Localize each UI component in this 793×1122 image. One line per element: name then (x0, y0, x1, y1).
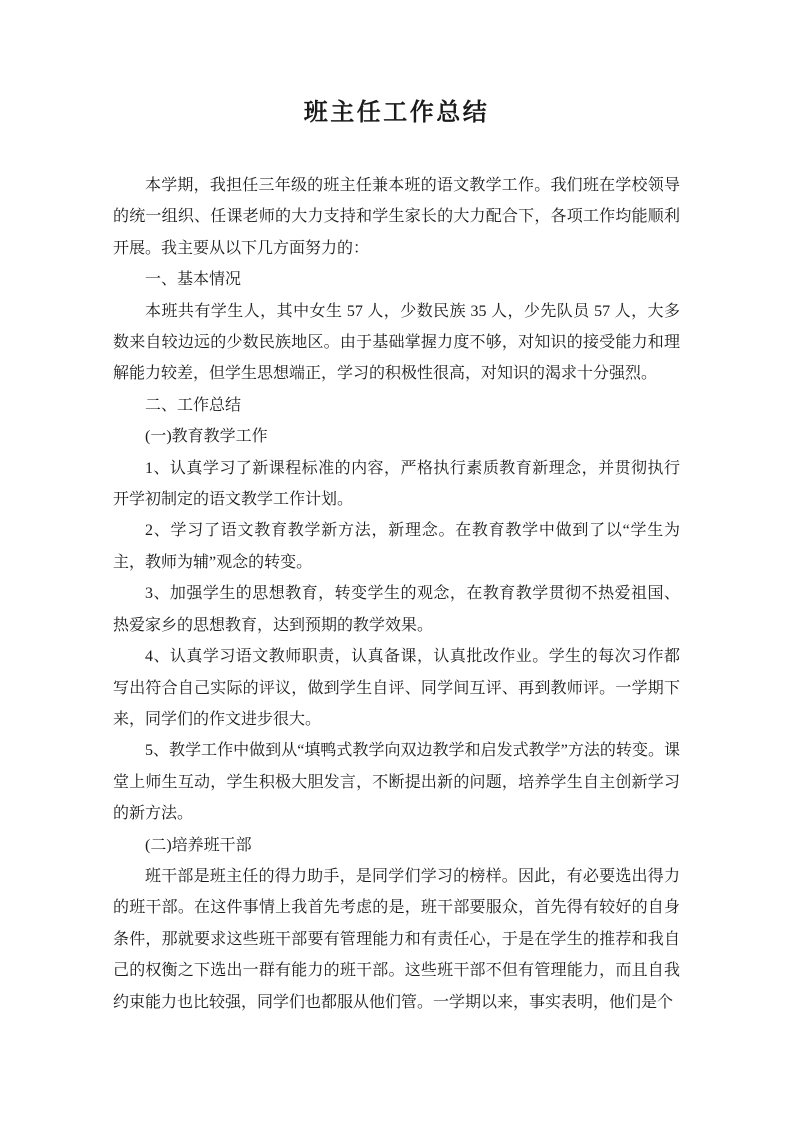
document-page: 班主任工作总结 本学期，我担任三年级的班主任兼本班的语文教学工作。我们班在学校领… (0, 0, 793, 1122)
paragraph: (一)教育教学工作 (113, 421, 680, 452)
paragraph: 本班共有学生人，其中女生 57 人，少数民族 35 人，少先队员 57 人，大多… (113, 296, 680, 390)
paragraph: 班干部是班主任的得力助手，是同学们学习的榜样。因此，有必要选出得力的班干部。在这… (113, 861, 680, 1018)
paragraph: 2、学习了语文教育教学新方法，新理念。在教育教学中做到了以“学生为主，教师为辅”… (113, 515, 680, 578)
paragraph: 4、认真学习语文教师职责，认真备课，认真批改作业。学生的每次习作都写出符合自己实… (113, 641, 680, 735)
paragraph: 二、工作总结 (113, 390, 680, 421)
paragraph: 本学期，我担任三年级的班主任兼本班的语文教学工作。我们班在学校领导的统一组织、任… (113, 170, 680, 264)
paragraph: 一、基本情况 (113, 264, 680, 295)
paragraph: (二)培养班干部 (113, 830, 680, 861)
document-title: 班主任工作总结 (0, 96, 793, 130)
paragraph: 3、加强学生的思想教育，转变学生的观念，在教育教学贯彻不热爱祖国、热爱家乡的思想… (113, 578, 680, 641)
paragraph: 5、教学工作中做到从“填鸭式教学向双边教学和启发式教学”方法的转变。课堂上师生互… (113, 735, 680, 829)
document-body: 本学期，我担任三年级的班主任兼本班的语文教学工作。我们班在学校领导的统一组织、任… (113, 170, 680, 1018)
paragraph: 1、认真学习了新课程标准的内容，严格执行素质教育新理念，并贯彻执行开学初制定的语… (113, 453, 680, 516)
